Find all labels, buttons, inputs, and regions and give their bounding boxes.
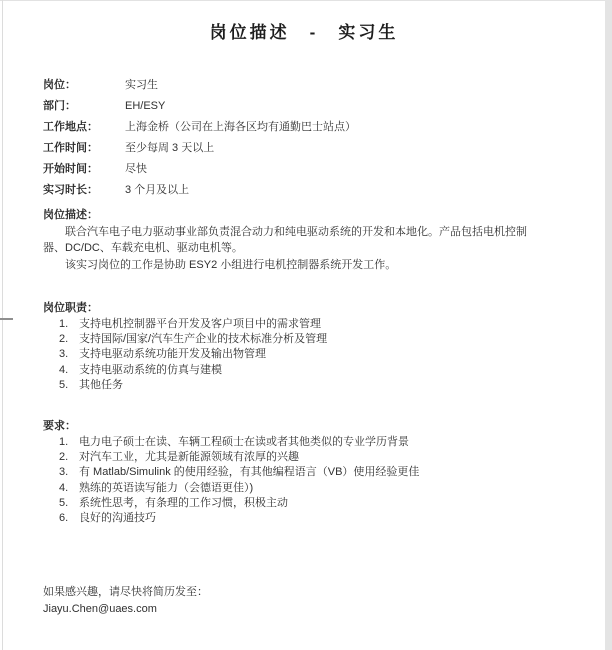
list-item-number: 5. (59, 496, 79, 511)
job-info-row: 部门： EH/ESY (43, 96, 356, 117)
list-item-text: 电力电子硕士在读、车辆工程硕士在读或者其他类似的专业学历背景 (79, 435, 409, 450)
job-info-value: 尽快 (125, 159, 147, 180)
job-info-row: 实习时长： 3 个月及以上 (43, 180, 356, 201)
job-info-row: 工作时间： 至少每周 3 天以上 (43, 138, 356, 159)
document-page: 岗位描述 - 实习生 岗位： 实习生 部门： EH/ESY 工作地点： 上海金桥… (0, 0, 612, 650)
list-item-text: 支持电机控制器平台开发及客户项目中的需求管理 (79, 317, 321, 332)
description-heading: 岗位描述： (43, 208, 98, 222)
list-item: 1. 支持电机控制器平台开发及客户项目中的需求管理 (59, 317, 552, 332)
responsibilities-heading: 岗位职责： (43, 301, 98, 315)
list-item-text: 支持电驱动系统功能开发及输出物管理 (79, 347, 266, 362)
list-item-number: 4. (59, 481, 79, 496)
contact-intro: 如果感兴趣，请尽快将简历发至： (43, 584, 208, 601)
job-info-value: 上海金桥（公司在上海各区均有通勤巴士站点） (125, 117, 356, 138)
list-item-text: 对汽车工业，尤其是新能源领域有浓厚的兴趣 (79, 450, 299, 465)
job-info-row: 工作地点： 上海金桥（公司在上海各区均有通勤巴士站点） (43, 117, 356, 138)
description-paragraphs: 联合汽车电子电力驱动事业部负责混合动力和纯电驱动系统的开发和本地化。产品包括电机… (43, 225, 535, 276)
page-top-border (0, 0, 612, 1)
job-info-table: 岗位： 实习生 部门： EH/ESY 工作地点： 上海金桥（公司在上海各区均有通… (43, 75, 356, 201)
job-info-label: 岗位： (43, 75, 125, 96)
list-item-text: 支持电驱动系统的仿真与建模 (79, 363, 222, 378)
requirements-list: 1. 电力电子硕士在读、车辆工程硕士在读或者其他类似的专业学历背景 2. 对汽车… (59, 435, 552, 526)
list-item: 2. 对汽车工业，尤其是新能源领域有浓厚的兴趣 (59, 450, 552, 465)
list-item-number: 2. (59, 332, 79, 347)
list-item: 1. 电力电子硕士在读、车辆工程硕士在读或者其他类似的专业学历背景 (59, 435, 552, 450)
list-item-text: 其他任务 (79, 378, 123, 393)
job-info-label: 工作时间： (43, 138, 125, 159)
job-info-label: 部门： (43, 96, 125, 117)
contact-email: Jiayu.Chen@uaes.com (43, 601, 208, 618)
right-edge-strip (605, 0, 612, 650)
job-info-label: 工作地点： (43, 117, 125, 138)
job-info-value: 至少每周 3 天以上 (125, 138, 214, 159)
list-item: 2. 支持国际/国家/汽车生产企业的技术标准分析及管理 (59, 332, 552, 347)
contact-block: 如果感兴趣，请尽快将简历发至： Jiayu.Chen@uaes.com (43, 584, 208, 617)
description-paragraph: 联合汽车电子电力驱动事业部负责混合动力和纯电驱动系统的开发和本地化。产品包括电机… (43, 225, 535, 256)
requirements-heading: 要求： (43, 419, 76, 433)
list-item: 3. 支持电驱动系统功能开发及输出物管理 (59, 347, 552, 362)
page-left-border (2, 0, 3, 650)
list-item-text: 良好的沟通技巧 (79, 511, 156, 526)
list-item: 3. 有 Matlab/Simulink 的使用经验，有其他编程语言（VB）使用… (59, 465, 552, 480)
job-info-value: 实习生 (125, 75, 158, 96)
list-item: 4. 支持电驱动系统的仿真与建模 (59, 363, 552, 378)
list-item-number: 5. (59, 378, 79, 393)
list-item: 5. 系统性思考，有条理的工作习惯，积极主动 (59, 496, 552, 511)
list-item-number: 2. (59, 450, 79, 465)
job-info-row: 岗位： 实习生 (43, 75, 356, 96)
list-item-number: 4. (59, 363, 79, 378)
job-info-row: 开始时间： 尽快 (43, 159, 356, 180)
list-item: 6. 良好的沟通技巧 (59, 511, 552, 526)
margin-change-bar-mark (0, 318, 13, 320)
list-item-number: 3. (59, 465, 79, 480)
description-paragraph: 该实习岗位的工作是协助 ESY2 小组进行电机控制器系统开发工作。 (43, 258, 535, 274)
list-item-number: 3. (59, 347, 79, 362)
list-item-text: 支持国际/国家/汽车生产企业的技术标准分析及管理 (79, 332, 327, 347)
job-info-label: 实习时长： (43, 180, 125, 201)
list-item-number: 6. (59, 511, 79, 526)
list-item-text: 系统性思考，有条理的工作习惯，积极主动 (79, 496, 288, 511)
job-info-label: 开始时间： (43, 159, 125, 180)
job-info-value: EH/ESY (125, 96, 165, 117)
list-item: 5. 其他任务 (59, 378, 552, 393)
job-info-value: 3 个月及以上 (125, 180, 189, 201)
list-item: 4. 熟练的英语读写能力（会德语更佳）) (59, 481, 552, 496)
list-item-number: 1. (59, 435, 79, 450)
list-item-text: 有 Matlab/Simulink 的使用经验，有其他编程语言（VB）使用经验更… (79, 465, 419, 480)
page-title: 岗位描述 - 实习生 (0, 22, 608, 44)
list-item-number: 1. (59, 317, 79, 332)
responsibilities-list: 1. 支持电机控制器平台开发及客户项目中的需求管理 2. 支持国际/国家/汽车生… (59, 317, 552, 393)
list-item-text: 熟练的英语读写能力（会德语更佳）) (79, 481, 253, 496)
